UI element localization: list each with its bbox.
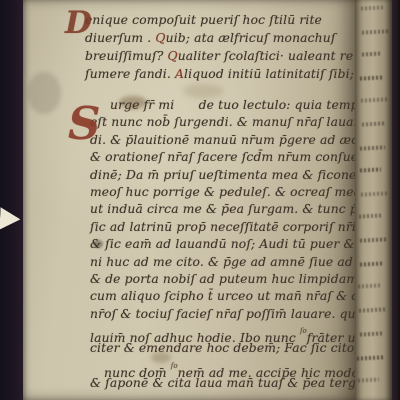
text-segment: ualiter ſcolaſtici· ualeant re	[178, 49, 354, 63]
manuscript-line: meoſ huc porrige & peduleſ. & ocreaſ mea…	[90, 184, 377, 201]
manuscript-line: ni huc ad me cito. & p̄ge ad amnē ſiue a…	[90, 254, 377, 271]
rubric-letter: Q	[168, 49, 178, 63]
manuscript-line: urge fr̄ mi de tuo lectulo: quia tempuſ	[90, 97, 377, 114]
rubric-letter: A	[175, 67, 184, 81]
text-segment: diuerſum .	[85, 31, 155, 45]
manuscript-line: diuerſum . Quib; ata ælfricuſ monachuſ	[85, 29, 377, 47]
manuscript-line: citer & emendare hoc debem̄; Fac ſic cit…	[90, 340, 377, 357]
edge-text-fragment	[360, 167, 381, 172]
text-segment: ſumere fandi.	[85, 67, 175, 81]
edge-text-fragment	[358, 283, 380, 288]
edge-text-fragment	[361, 5, 383, 10]
paragraph: Surge fr̄ mi de tuo lectulo: quia tempuſ…	[90, 97, 377, 393]
interlinear-gloss: ſo	[171, 362, 178, 370]
text-segment: ut induā circa me & p̄ea ſurgam. & tunc …	[90, 202, 385, 216]
text-segment	[174, 98, 198, 112]
edge-text-fragment	[359, 307, 386, 312]
text-segment: de tuo lectulo: quia tempuſ	[199, 98, 372, 112]
paragraph: Denique compoſuit pueriſ hoc ſtilū rited…	[85, 11, 377, 83]
edge-text-fragment	[362, 29, 388, 34]
parchment-page: Denique compoſuit pueriſ hoc ſtilū rited…	[23, 0, 355, 400]
edge-text-fragment	[360, 331, 383, 336]
manuscript-line: nunc dom̄ ſonem̄ ad me. accip̄e hic modo…	[90, 358, 377, 375]
text-segment: dinē; Da m̄ priuſ ueſtimenta mea & ficon…	[90, 168, 361, 182]
text-segment: eſt nunc nob̄ ſurgendi. & manuſ nr̄aſ la…	[90, 115, 362, 129]
text-segment: enique compoſuit pueriſ hoc ſtilū rite	[85, 13, 322, 27]
text-segment: & ſic eam̄ ad lauandū noſ; Audi tū puer …	[90, 237, 374, 251]
book-binding-right	[392, 0, 400, 400]
text-segment: ni huc ad me cito. & p̄ge ad amnē ſiue a…	[90, 255, 394, 269]
text-segment: citer & emendare hoc debem̄; Fac ſic cit…	[90, 341, 393, 355]
manuscript-line: ut induā circa me & p̄ea ſurgam. & tunc …	[90, 201, 377, 218]
book-binding-left	[0, 0, 23, 400]
rubric-letter: Q	[155, 31, 165, 45]
text-segment: & de porta nobiſ ad puteum huc limpidam …	[90, 272, 393, 286]
manuscript-line: dinē; Da m̄ priuſ ueſtimenta mea & ficon…	[90, 167, 377, 184]
text-segment: liquod initiū latinitatiſ ſibi;	[184, 67, 354, 81]
edge-text-fragment	[362, 121, 384, 126]
edge-text-fragment	[360, 145, 385, 150]
edge-text-fragment	[361, 191, 387, 196]
text-segment: ſic ad latrinū prop̄ neceſſitatē corpori…	[90, 220, 360, 234]
manuscript-text: Denique compoſuit pueriſ hoc ſtilū rited…	[85, 11, 377, 393]
edge-text-fragment	[357, 355, 383, 360]
manuscript-line: lauim̄ noſ adhuc hodie. Ibo nunc ſofrāte…	[90, 323, 377, 340]
manuscript-line: breuiſſimuſ? Qualiter ſcolaſtici· ualean…	[85, 47, 377, 65]
rubric-initial: S	[68, 97, 101, 150]
adjacent-page-edge	[355, 0, 392, 400]
edge-text-fragment	[362, 51, 382, 56]
show-through-stain	[27, 72, 61, 114]
manuscript-photo: Denique compoſuit pueriſ hoc ſtilū rited…	[0, 0, 400, 400]
text-segment: cum aliquo ſcipho t̄ urceo ut man̄ nr̄aſ…	[90, 289, 394, 303]
edge-text-fragment	[361, 97, 388, 102]
text-segment: urge fr̄ mi	[110, 98, 174, 112]
manuscript-line: ſumere fandi. Aliquod initiū latinitatiſ…	[85, 65, 377, 83]
edge-text-fragment	[358, 377, 379, 382]
manuscript-line: & orationeſ nr̄aſ facere ſcd̄m nr̄um con…	[90, 149, 377, 166]
manuscript-line: nr̄oſ & tociuſ facieſ nr̄aſ poſſim̄ laua…	[90, 306, 377, 323]
manuscript-line: & ſaponē & cita laua man̄ tuaſ & p̄ea te…	[90, 375, 377, 392]
text-segment: meoſ huc porrige & peduleſ. & ocreaſ mea…	[90, 185, 370, 199]
manuscript-line: & de porta nobiſ ad puteum huc limpidam …	[90, 271, 377, 288]
manuscript-line: & ſic eam̄ ad lauandū noſ; Audi tū puer …	[90, 236, 377, 253]
edge-text-fragment	[359, 213, 382, 218]
edge-text-fragment	[360, 237, 388, 242]
manuscript-line: di. & p̄lauitionē manuū nr̄um p̄gere ad …	[90, 132, 377, 149]
edge-text-fragment	[360, 261, 384, 266]
text-segment: uib; ata ælfricuſ monachuſ	[166, 31, 336, 45]
interlinear-gloss: ſo	[300, 327, 307, 335]
manuscript-line: cum aliquo ſcipho t̄ urceo ut man̄ nr̄aſ…	[90, 288, 377, 305]
text-segment: nr̄oſ & tociuſ facieſ nr̄aſ poſſim̄ laua…	[90, 307, 395, 321]
rubric-initial: D	[65, 5, 92, 41]
manuscript-line: ſic ad latrinū prop̄ neceſſitatē corpori…	[90, 219, 377, 236]
edge-text-fragment	[360, 75, 384, 80]
manuscript-line: enique compoſuit pueriſ hoc ſtilū rite	[85, 11, 377, 29]
manuscript-line: eſt nunc nob̄ ſurgendi. & manuſ nr̄aſ la…	[90, 114, 377, 131]
text-segment: breuiſſimuſ?	[85, 49, 168, 63]
text-segment: & ſaponē & cita laua man̄ tuaſ & p̄ea te…	[90, 376, 380, 390]
text-segment: di. & p̄lauitionē manuū nr̄um p̄gere ad …	[90, 133, 381, 147]
text-segment: & orationeſ nr̄aſ facere ſcd̄m nr̄um con…	[90, 150, 371, 164]
